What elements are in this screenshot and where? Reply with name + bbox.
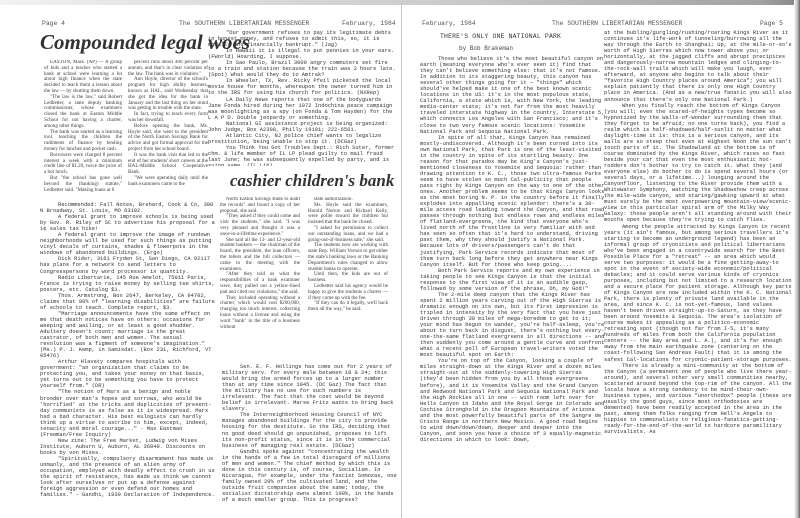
brief-item: Sen. E. F. Hollings has come out for 2 y…	[222, 364, 398, 412]
paragraph: at the bubling/gurgling/rushing/roaring …	[604, 30, 792, 103]
page-fold	[401, 0, 402, 518]
brief-item: Radio Libertarie, 145 Rue Amelot, 75011 …	[40, 275, 216, 293]
scan-top-edge	[0, 0, 800, 5]
paragraph: North Easton Savings Bank to audit the r…	[220, 197, 300, 214]
paragraph: "We were operating daily until the bank …	[128, 176, 208, 188]
briefs-column-left-bottom: Recommended: Fall Notes, Brehard, Cook &…	[40, 202, 216, 508]
paragraph: "If they can do it legally, we'll back t…	[308, 301, 388, 313]
brief-item: "Spiritually, compulsory disarmament has…	[40, 456, 216, 498]
article-column-1: Those who believe it's the most beautifu…	[420, 56, 606, 514]
brief-item: Dick Rider, 3161 Fryden St, San Diego, C…	[40, 256, 216, 274]
brief-item: Arthur Hlavaty compares hospitals with g…	[40, 359, 216, 389]
brief-item: The Interneighborhood Housing Council of…	[222, 412, 398, 448]
paragraph: "The law is the law," said Robert Ledbet…	[44, 95, 122, 130]
brief-item: National GI assistance project is being …	[208, 121, 396, 133]
brief-item: "The notion of Marx as a benign and nobl…	[40, 389, 216, 437]
left-publication-name: The SOUTHERN LIBERTARIAN MESSENGER	[179, 20, 309, 27]
paragraph: "I asked for permission to collect our o…	[308, 226, 388, 243]
paragraph: Those who believe it's the most beautifu…	[420, 56, 606, 135]
paragraph: percent runs about 400 percent per annum…	[128, 60, 208, 77]
article1-column-1: EASTON, Mass. (AP) — A group of kids and…	[44, 60, 122, 200]
brief-item: Atlantic City, NJ police chief wants to …	[208, 133, 396, 145]
left-page-number: Page 4	[42, 20, 65, 27]
paragraph: Ledbetter said his agency would be happy…	[308, 284, 388, 301]
brief-item: New zine: The Free Market, Ludwig von Mi…	[40, 438, 216, 456]
paragraph: In spite of all that, Kings Canyon has r…	[420, 135, 606, 268]
brief-item: Thos. Armstrong, Box 2647, Berkeley, CA …	[40, 293, 216, 311]
paragraph: Ms. Hoyle said the examiners, Harold Nor…	[308, 203, 388, 226]
paragraph: EASTON, Mass. (AP) — A group of kids and…	[44, 60, 122, 95]
briefs-column-right-bottom: Sen. E. F. Hollings has come out for 2 y…	[222, 364, 398, 514]
briefs-column-right-top: "Our government refuses to pay its legit…	[208, 30, 396, 166]
paragraph: "After they told us what the responsibil…	[220, 272, 300, 295]
left-page: Page 4 The SOUTHERN LIBERTARIAN MESSENGE…	[36, 8, 396, 516]
paragraph: They included operating without a charte…	[220, 296, 300, 331]
left-date: February, 1984	[342, 20, 396, 27]
article2-column-2: state authorization. Ms. Hoyle said the …	[308, 197, 388, 365]
paragraph: When you finally reach the bottom of Kin…	[604, 103, 792, 224]
brief-item: A federal grant to improve the image of …	[40, 232, 216, 256]
brief-item: In Sao Paulo, Brazil 3000 angry commuter…	[208, 60, 396, 78]
brief-item: Gandhi spoke against "concentrating the …	[222, 449, 398, 503]
paragraph: It was the bank visit that led to the en…	[128, 153, 208, 176]
scan-right-edge	[794, 0, 800, 518]
brief-item: "Our government refuses to pay its legit…	[208, 30, 396, 48]
paragraph: But "the school has gone well beyond the…	[44, 176, 122, 193]
brief-item: LA Daily News reports that one of the bo…	[208, 97, 396, 121]
paragraph: She said all the 13- and 12-year-old stu…	[220, 238, 300, 273]
paragraph: The bank was started as a learning tool,…	[44, 130, 122, 153]
article1-column-2: percent runs about 400 percent per annum…	[128, 60, 208, 200]
headline-cashier-childrens-bank: cashier children's bank	[230, 171, 394, 191]
article2-column-1: North Easton Savings Bank to audit the r…	[220, 197, 300, 365]
article-title: THERE'S ONLY ONE NATIONAL PARK	[440, 33, 561, 40]
brief-item: You Think You Got Troubles Dept.: Rich S…	[208, 145, 396, 166]
brief-item: In Hawaii it is illegal to put pennies i…	[208, 48, 396, 60]
right-page: February, 1984 The SOUTHERN LIBERTARIAN …	[404, 8, 794, 516]
brief-item: "Marriage announcements have the same ef…	[40, 311, 216, 359]
article-column-2: at the bubling/gurgling/rushing/roaring …	[604, 30, 792, 502]
brief-item: Recommended: Fall Notes, Brehard, Cook &…	[40, 202, 216, 214]
right-date: February, 1984	[422, 20, 476, 27]
brief-item: In Wheeler, TX, Rev. Ricky Pfeil pickete…	[208, 78, 396, 96]
right-publication-name: The SOUTHERN LIBERTARIAN MESSENGER	[552, 20, 682, 27]
right-page-number: Page 5	[760, 20, 783, 27]
paragraph: The students now are working with state …	[308, 243, 388, 272]
paragraph: Before opening the bank, Ms. Hoyle said,…	[128, 124, 208, 153]
paragraph: "They asked if they could come and visit…	[220, 214, 300, 237]
paragraph: Among the people attracted by Kings Cany…	[604, 224, 792, 363]
paragraph: The 2-mile deep canyon that the Kings Ri…	[420, 292, 606, 359]
paragraph: Ann Hoyle, director of the school's prog…	[128, 77, 208, 112]
paragraph: There is already a mini-community at the…	[604, 363, 792, 436]
brief-item: A federal grant to improve schools is be…	[40, 214, 216, 232]
article-byline: by Bob Brakeman	[459, 45, 513, 52]
paragraph: You're on top of the Canyon, looking a c…	[420, 358, 606, 443]
paragraph: Borrowers were charged 8 percent interes…	[44, 153, 122, 176]
paragraph: Both Park Service reports and my own exp…	[420, 268, 606, 292]
